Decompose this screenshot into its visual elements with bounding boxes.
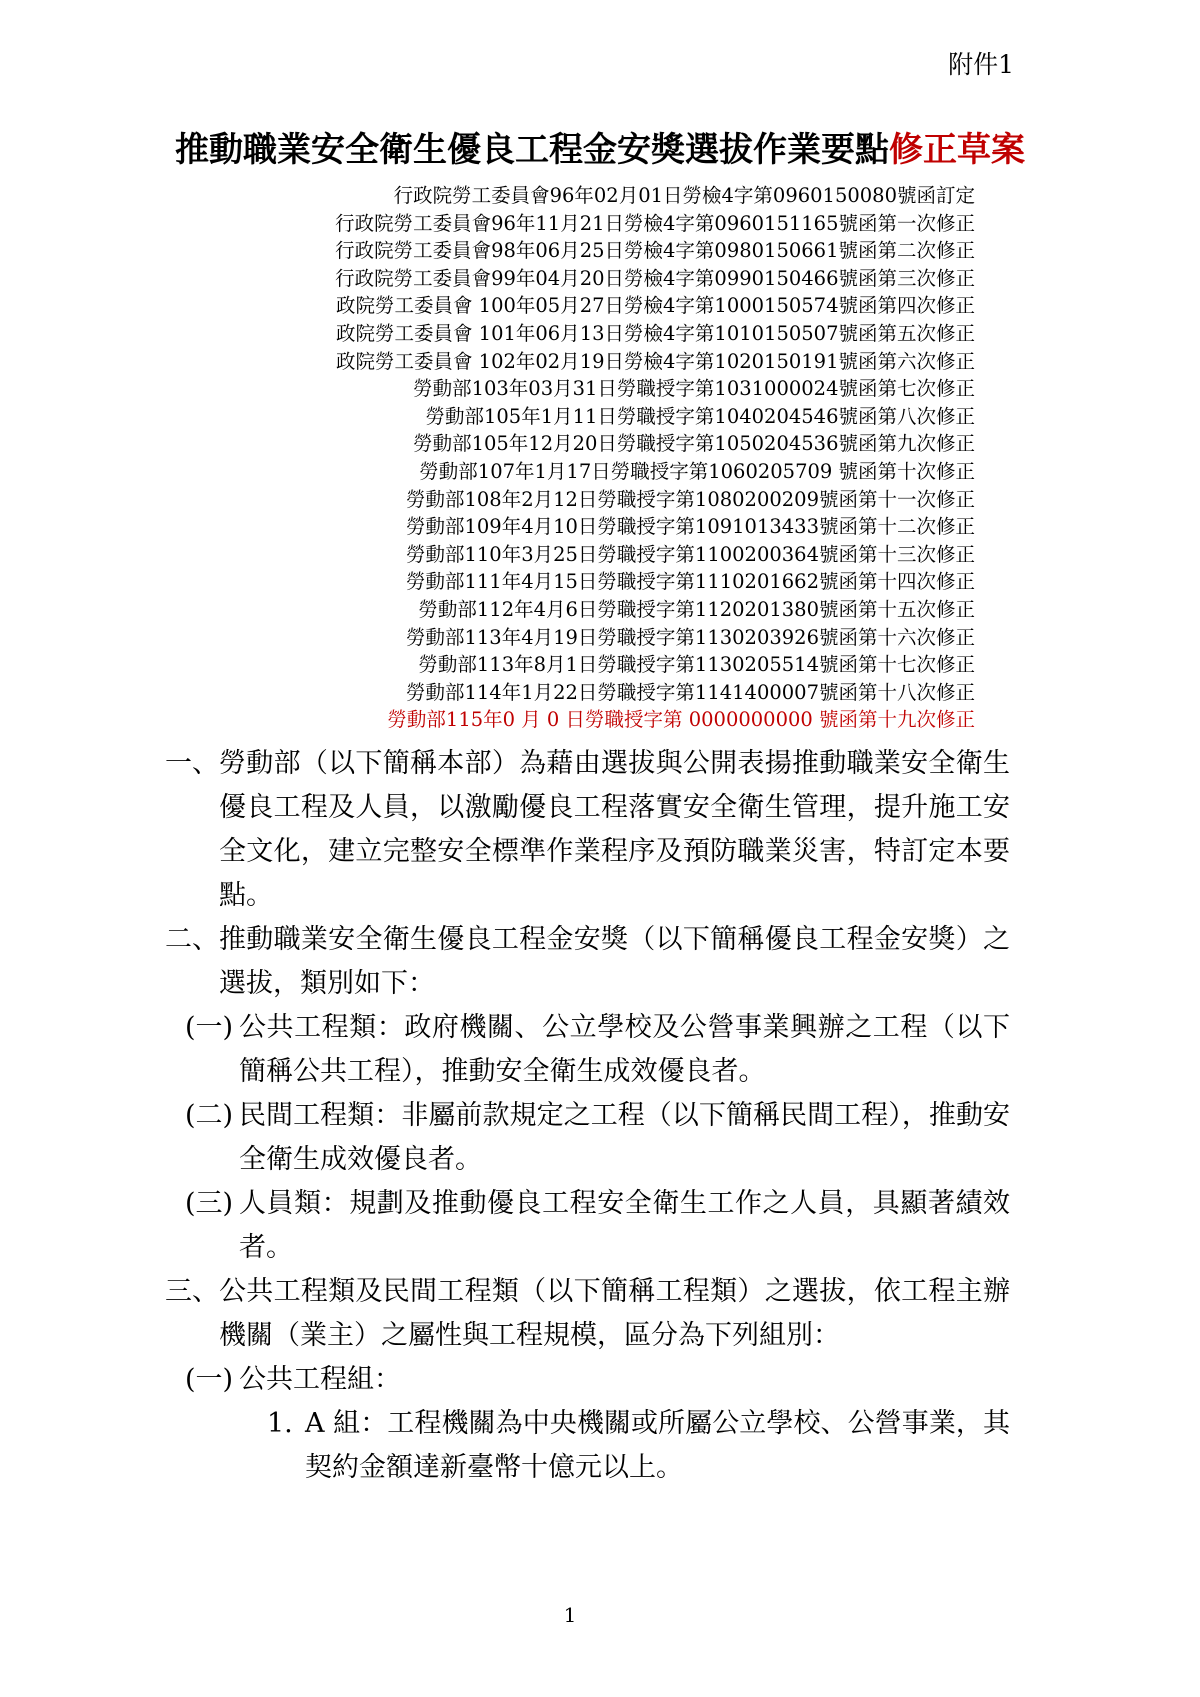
paragraph-marker: 1. bbox=[267, 1402, 305, 1490]
amendment-line: 勞動部105年1月11日勞職授字第1040204546號函第八次修正 bbox=[165, 403, 975, 431]
amendment-line: 勞動部111年4月15日勞職授字第1110201662號函第十四次修正 bbox=[165, 568, 975, 596]
amendment-line: 行政院勞工委員會98年06月25日勞檢4字第0980150661號函第二次修正 bbox=[165, 237, 975, 265]
amendment-line: 勞動部110年3月25日勞職授字第1100200364號函第十三次修正 bbox=[165, 541, 975, 569]
body-paragraph: 三、 公共工程類及民間工程類（以下簡稱工程類）之選拔，依工程主辦機關（業主）之屬… bbox=[165, 1270, 1010, 1358]
body-paragraph: (一) 公共工程類：政府機關、公立學校及公營事業興辦之工程（以下簡稱公共工程），… bbox=[185, 1006, 1010, 1094]
amendment-line: 行政院勞工委員會96年11月21日勞檢4字第0960151165號函第一次修正 bbox=[165, 210, 975, 238]
amendment-line: 政院勞工委員會 100年05月27日勞檢4字第1000150574號函第四次修正 bbox=[165, 292, 975, 320]
amendment-history: 行政院勞工委員會96年02月01日勞檢4字第0960150080號函訂定 行政院… bbox=[165, 182, 975, 734]
paragraph-marker: (二) bbox=[185, 1094, 239, 1182]
amendment-line: 勞動部113年8月1日勞職授字第1130205514號函第十七次修正 bbox=[165, 651, 975, 679]
document-body: 一、 勞動部（以下簡稱本部）為藉由選拔與公開表揚推動職業安全衛生優良工程及人員，… bbox=[165, 742, 1010, 1490]
body-paragraph: 一、 勞動部（以下簡稱本部）為藉由選拔與公開表揚推動職業安全衛生優良工程及人員，… bbox=[165, 742, 1010, 918]
paragraph-text: 公共工程類：政府機關、公立學校及公營事業興辦之工程（以下簡稱公共工程），推動安全… bbox=[239, 1006, 1010, 1094]
amendment-line: 勞動部114年1月22日勞職授字第1141400007號函第十八次修正 bbox=[165, 679, 975, 707]
amendment-line: 行政院勞工委員會99年04月20日勞檢4字第0990150466號函第三次修正 bbox=[165, 265, 975, 293]
paragraph-text: A 組：工程機關為中央機關或所屬公立學校、公營事業，其契約金額達新臺幣十億元以上… bbox=[305, 1402, 1010, 1490]
paragraph-text: 勞動部（以下簡稱本部）為藉由選拔與公開表揚推動職業安全衛生優良工程及人員，以激勵… bbox=[219, 742, 1010, 918]
paragraph-marker: (一) bbox=[185, 1358, 239, 1402]
amendment-line: 政院勞工委員會 101年06月13日勞檢4字第1010150507號函第五次修正 bbox=[165, 320, 975, 348]
amendment-line: 勞動部103年03月31日勞職授字第1031000024號函第七次修正 bbox=[165, 375, 975, 403]
amendment-line: 勞動部105年12月20日勞職授字第1050204536號函第九次修正 bbox=[165, 430, 975, 458]
paragraph-marker: 三、 bbox=[165, 1270, 219, 1358]
paragraph-text: 公共工程類及民間工程類（以下簡稱工程類）之選拔，依工程主辦機關（業主）之屬性與工… bbox=[219, 1270, 1010, 1358]
paragraph-marker: 一、 bbox=[165, 742, 219, 918]
document-title: 推動職業安全衛生優良工程金安獎選拔作業要點修正草案 bbox=[0, 0, 1200, 170]
paragraph-marker: 二、 bbox=[165, 918, 219, 1006]
attachment-label: 附件1 bbox=[948, 50, 1014, 80]
body-paragraph: (二) 民間工程類：非屬前款規定之工程（以下簡稱民間工程），推動安全衛生成效優良… bbox=[185, 1094, 1010, 1182]
title-main: 推動職業安全衛生優良工程金安獎選拔作業要點 bbox=[175, 130, 889, 170]
body-paragraph: (三) 人員類：規劃及推動優良工程安全衛生工作之人員，具顯著績效者。 bbox=[185, 1182, 1010, 1270]
amendment-line: 勞動部107年1月17日勞職授字第1060205709 號函第十次修正 bbox=[165, 458, 975, 486]
amendment-line: 勞動部112年4月6日勞職授字第1120201380號函第十五次修正 bbox=[165, 596, 975, 624]
title-draft-suffix: 修正草案 bbox=[889, 130, 1025, 170]
amendment-line: 勞動部113年4月19日勞職授字第1130203926號函第十六次修正 bbox=[165, 624, 975, 652]
paragraph-text: 民間工程類：非屬前款規定之工程（以下簡稱民間工程），推動安全衛生成效優良者。 bbox=[239, 1094, 1010, 1182]
paragraph-text: 公共工程組： bbox=[239, 1358, 1010, 1402]
amendment-line: 勞動部108年2月12日勞職授字第1080200209號函第十一次修正 bbox=[165, 486, 975, 514]
amendment-line: 行政院勞工委員會96年02月01日勞檢4字第0960150080號函訂定 bbox=[165, 182, 975, 210]
paragraph-text: 推動職業安全衛生優良工程金安獎（以下簡稱優良工程金安獎）之選拔，類別如下： bbox=[219, 918, 1010, 1006]
amendment-line: 勞動部115年0 月 0 日勞職授字第 0000000000 號函第十九次修正 bbox=[165, 706, 975, 734]
body-paragraph: 1. A 組：工程機關為中央機關或所屬公立學校、公營事業，其契約金額達新臺幣十億… bbox=[267, 1402, 1010, 1490]
document-page: 附件1 推動職業安全衛生優良工程金安獎選拔作業要點修正草案 行政院勞工委員會96… bbox=[0, 0, 1200, 1697]
paragraph-text: 人員類：規劃及推動優良工程安全衛生工作之人員，具顯著績效者。 bbox=[239, 1182, 1010, 1270]
body-paragraph: (一) 公共工程組： bbox=[185, 1358, 1010, 1402]
paragraph-marker: (三) bbox=[185, 1182, 239, 1270]
paragraph-marker: (一) bbox=[185, 1006, 239, 1094]
amendment-line: 政院勞工委員會 102年02月19日勞檢4字第1020150191號函第六次修正 bbox=[165, 348, 975, 376]
amendment-line: 勞動部109年4月10日勞職授字第1091013433號函第十二次修正 bbox=[165, 513, 975, 541]
page-number: 1 bbox=[165, 1603, 975, 1627]
body-paragraph: 二、 推動職業安全衛生優良工程金安獎（以下簡稱優良工程金安獎）之選拔，類別如下： bbox=[165, 918, 1010, 1006]
